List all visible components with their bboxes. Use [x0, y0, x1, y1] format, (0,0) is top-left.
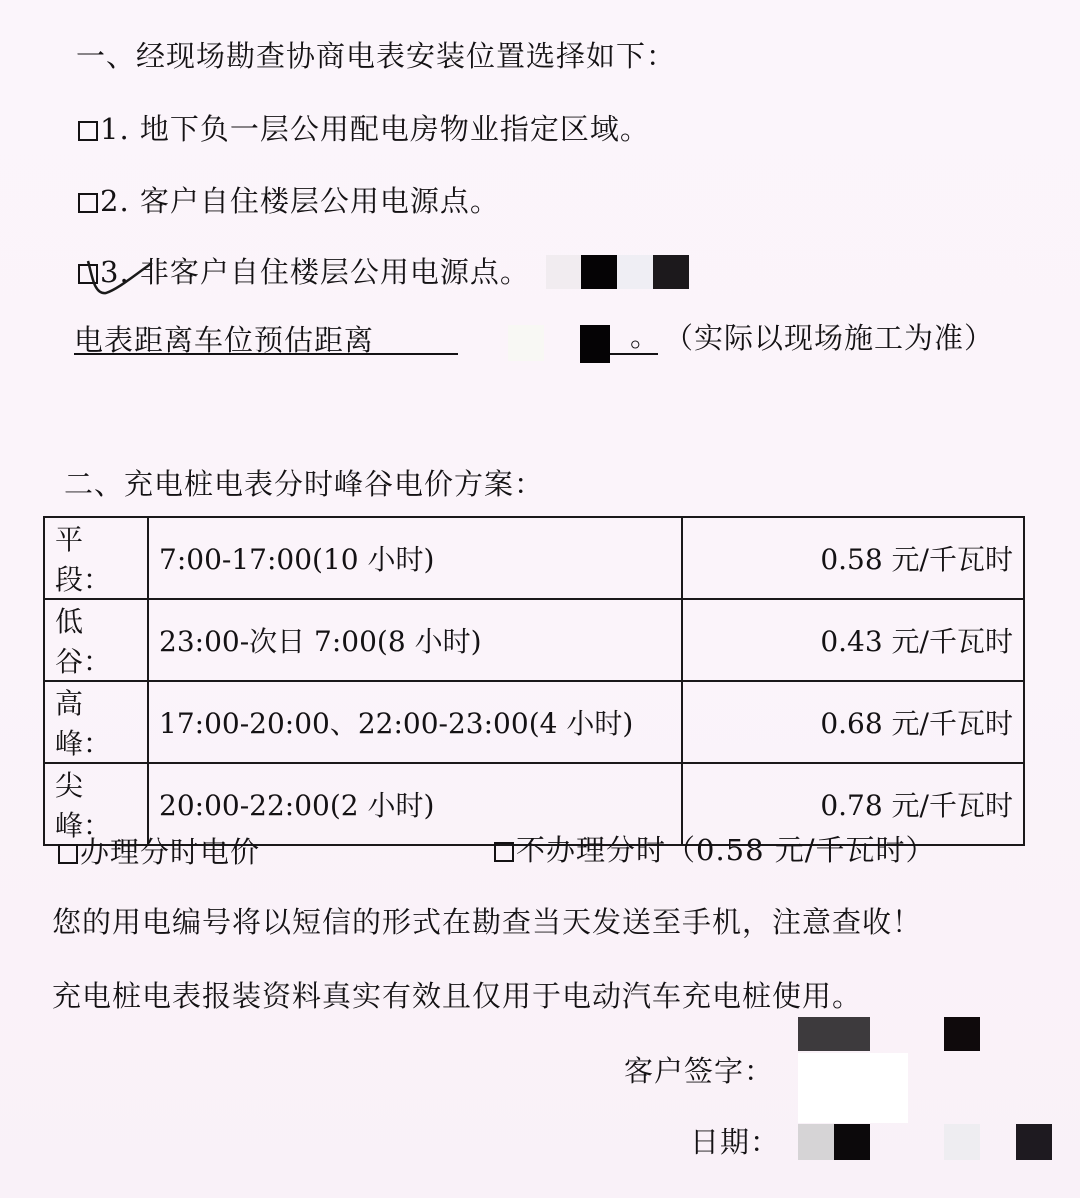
- section1-heading: 一、经现场勘查协商电表安装位置选择如下：: [76, 38, 676, 74]
- customer-signature-label: 客户签字：: [624, 1053, 774, 1089]
- choice-not-apply-label: 不办理分时（0.58 元/千瓦时）: [516, 833, 936, 867]
- choice-apply-label: 办理分时电价: [80, 835, 260, 869]
- period-cell: 低谷：: [44, 599, 148, 681]
- redaction-block: [546, 255, 586, 289]
- price-cell: 0.68 元/千瓦时: [682, 681, 1024, 763]
- table-row: 低谷： 23:00-次日 7:00(8 小时) 0.43 元/千瓦时: [44, 599, 1024, 681]
- choice-not-apply[interactable]: 不办理分时（0.58 元/千瓦时）: [494, 832, 936, 868]
- distance-suffix: 。: [630, 318, 660, 354]
- option-2-label: 2. 客户自住楼层公用电源点。: [100, 184, 500, 218]
- redaction-block: [798, 1124, 834, 1160]
- checkbox-option-2[interactable]: [78, 193, 98, 213]
- redaction-block: [834, 1124, 870, 1160]
- option-3-label: 3. 非客户自住楼层公用电源点。: [100, 255, 530, 289]
- time-cell: 23:00-次日 7:00(8 小时): [148, 599, 682, 681]
- handwritten-check-icon: [82, 255, 162, 305]
- option-2[interactable]: 2. 客户自住楼层公用电源点。: [78, 183, 500, 219]
- redaction-block: [508, 325, 544, 361]
- redaction-block: [653, 255, 689, 289]
- checkbox-apply[interactable]: [58, 844, 78, 864]
- price-cell: 0.58 元/千瓦时: [682, 517, 1024, 599]
- option-1-label: 1. 地下负一层公用配电房物业指定区域。: [100, 112, 650, 146]
- distance-note: （实际以现场施工为准）: [664, 320, 994, 356]
- redaction-block: [580, 325, 610, 363]
- redaction-block: [798, 1017, 870, 1051]
- date-label: 日期：: [690, 1124, 780, 1160]
- section2-heading: 二、充电桩电表分时峰谷电价方案：: [64, 466, 544, 502]
- price-cell: 0.43 元/千瓦时: [682, 599, 1024, 681]
- checkbox-option-1[interactable]: [78, 121, 98, 141]
- pricing-table: 平段： 7:00-17:00(10 小时) 0.58 元/千瓦时 低谷： 23:…: [43, 516, 1025, 846]
- table-row: 平段： 7:00-17:00(10 小时) 0.58 元/千瓦时: [44, 517, 1024, 599]
- table-row: 高峰： 17:00-20:00、22:00-23:00(4 小时) 0.68 元…: [44, 681, 1024, 763]
- redaction-block: [944, 1124, 980, 1160]
- period-cell: 尖峰：: [44, 763, 148, 845]
- time-cell: 17:00-20:00、22:00-23:00(4 小时): [148, 681, 682, 763]
- redaction-block: [581, 255, 617, 289]
- redaction-block: [617, 255, 653, 289]
- redaction-block: [944, 1017, 980, 1051]
- underline: [610, 353, 658, 355]
- notice-sms: 您的用电编号将以短信的形式在勘查当天发送至手机，注意查收！: [52, 904, 922, 940]
- option-1[interactable]: 1. 地下负一层公用配电房物业指定区域。: [78, 111, 650, 147]
- choice-apply[interactable]: 办理分时电价: [58, 834, 260, 870]
- notice-declaration: 充电桩电表报装资料真实有效且仅用于电动汽车充电桩使用。: [52, 978, 862, 1014]
- period-cell: 平段：: [44, 517, 148, 599]
- time-cell: 7:00-17:00(10 小时): [148, 517, 682, 599]
- underline: [74, 353, 458, 355]
- redaction-block: [1016, 1124, 1052, 1160]
- period-cell: 高峰：: [44, 681, 148, 763]
- checkbox-not-apply[interactable]: [494, 842, 514, 862]
- signature-field[interactable]: [798, 1053, 908, 1123]
